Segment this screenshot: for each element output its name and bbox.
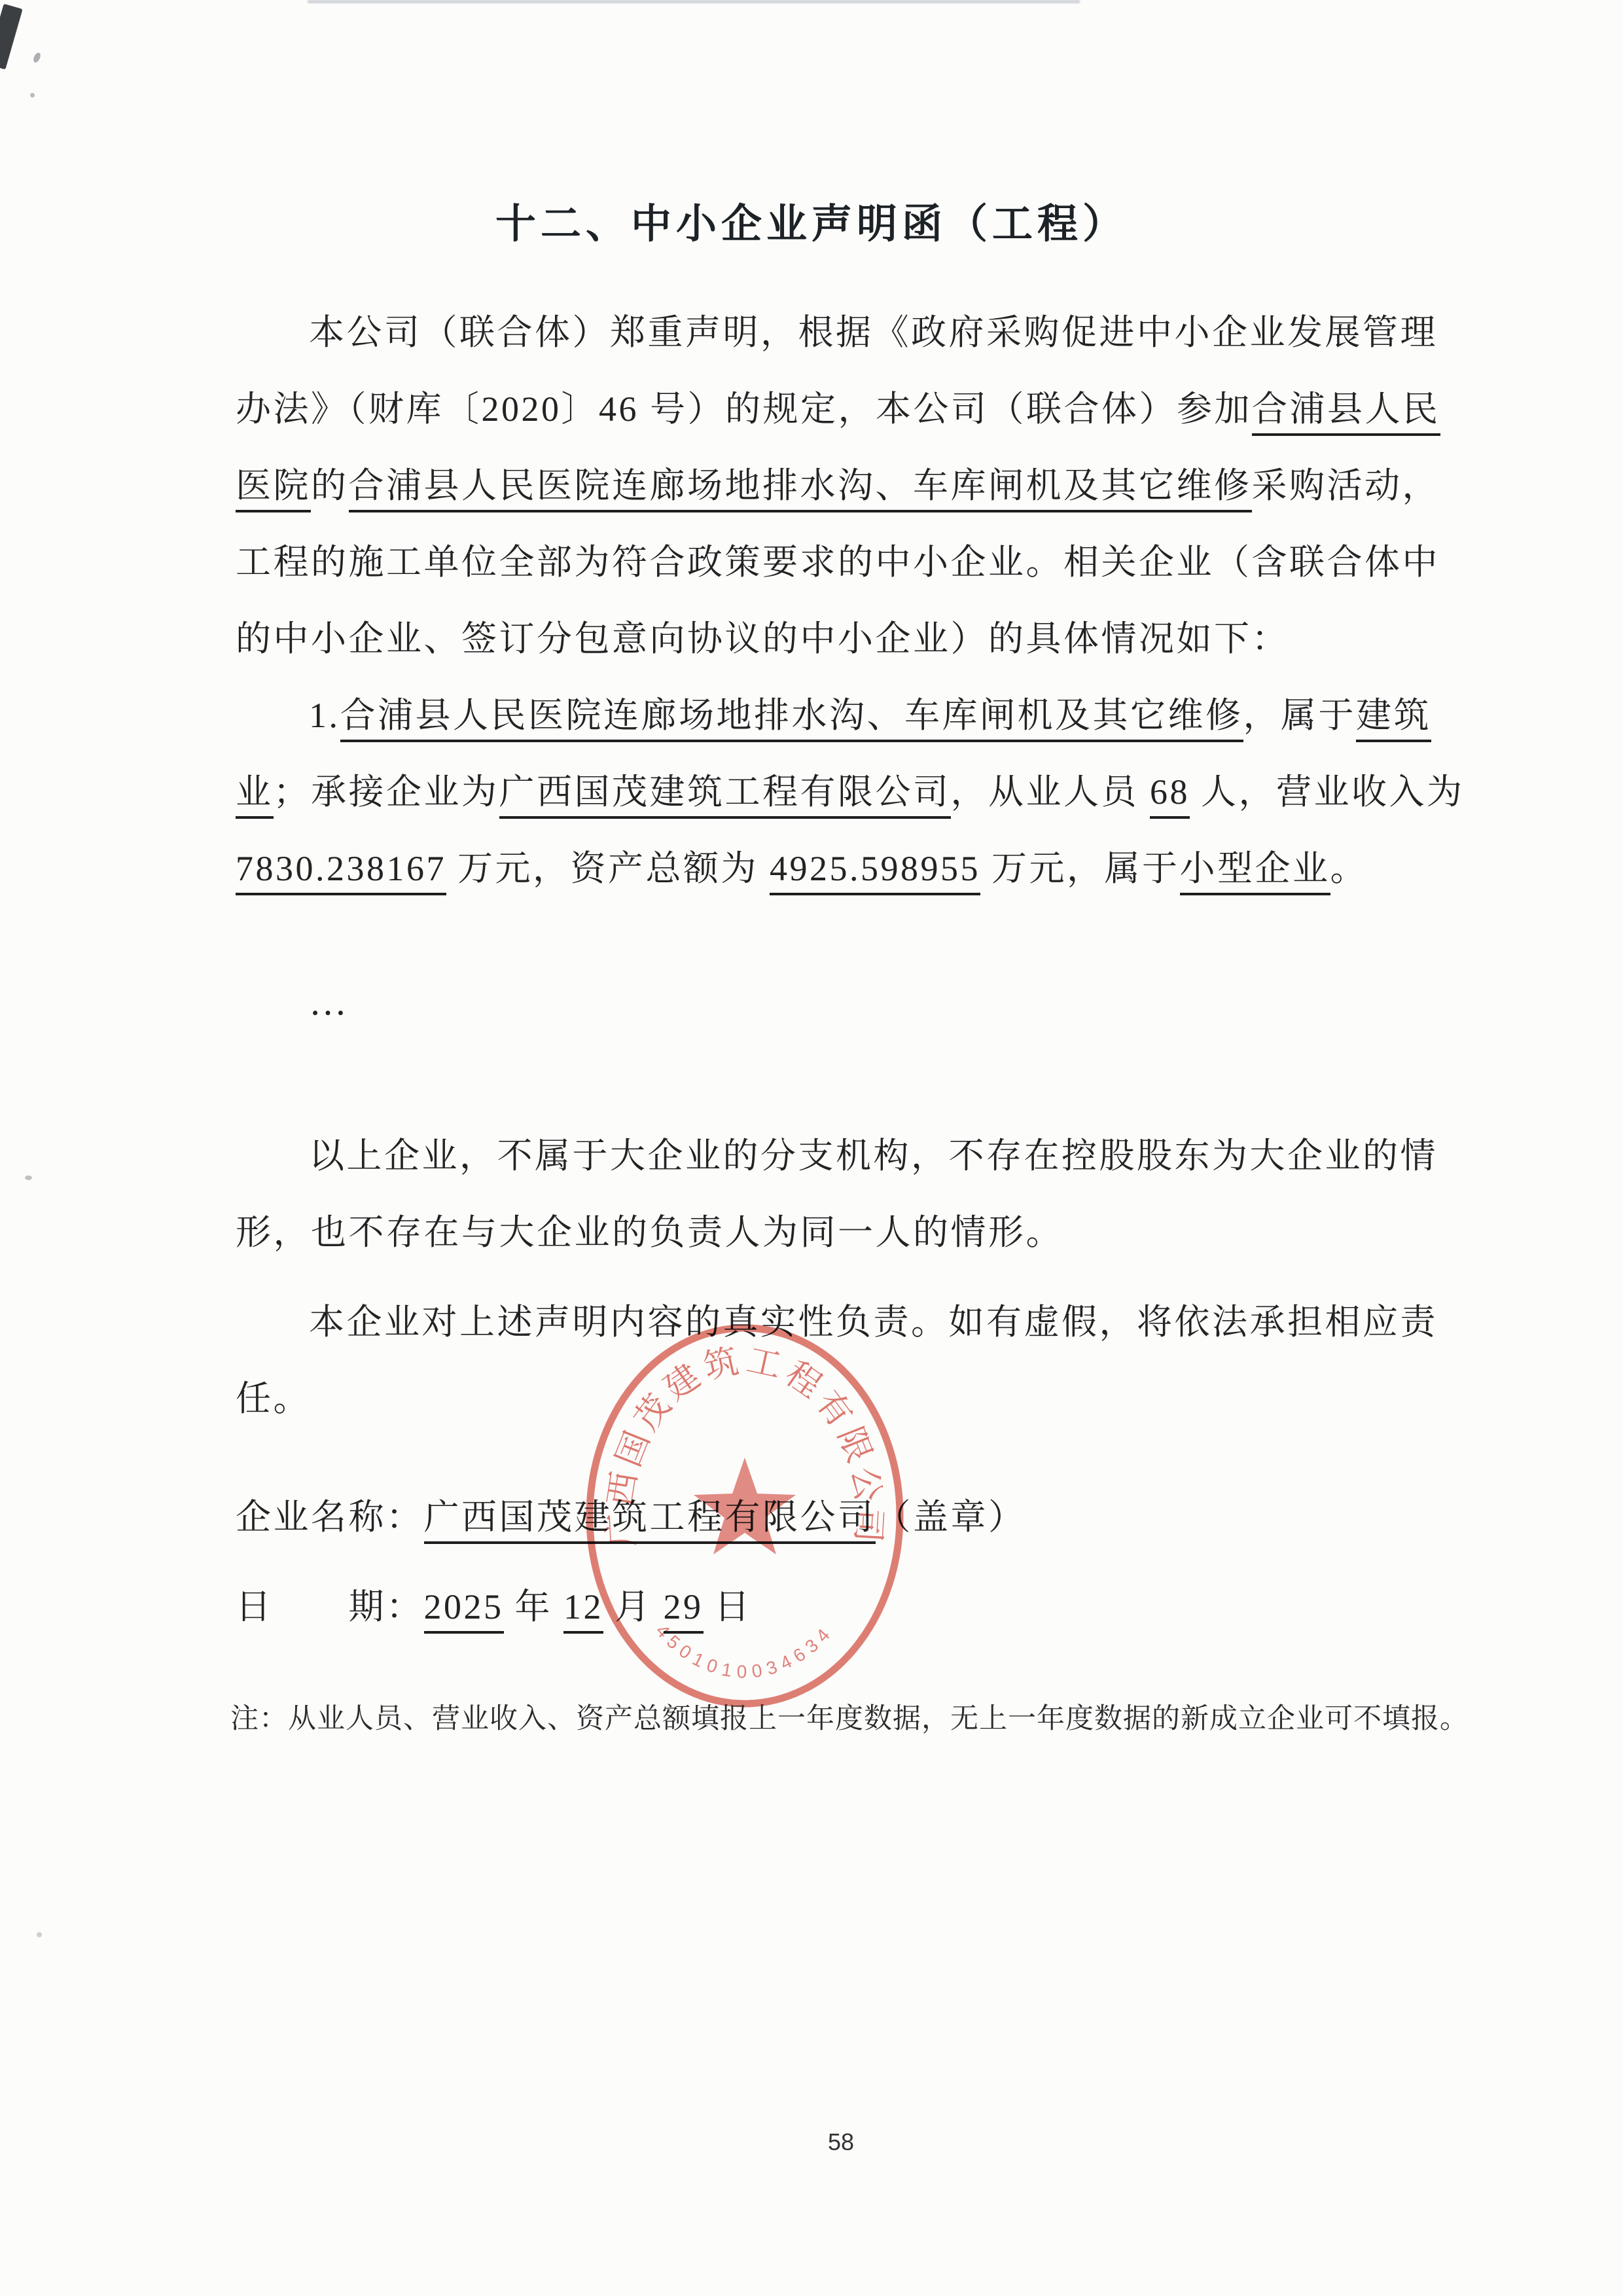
body-text: ；承接企业为 (274, 772, 499, 812)
footnote: 注：从业人员、营业收入、资产总额填报上一年度数据，无上一年度数据的新成立企业可不… (230, 1696, 1474, 1736)
body-text: ，属于 (1243, 696, 1357, 735)
body-text: 人，营业收入为 (1190, 772, 1465, 812)
body-text: 办法》（财库〔2020〕46 号）的规定，本公司（联合体）参加 (236, 389, 1252, 429)
body-line: 以上企业，不属于大企业的分支机构，不存在控股股东为大企业的情 (236, 1134, 1459, 1179)
scan-streak-artifact (308, 0, 1080, 3)
underlined-text: 合浦县人民医院连廊场地排水沟、车库闸机及其它维修 (349, 466, 1252, 512)
body-text: 采购活动， (1252, 466, 1440, 505)
underlined-text: 小型企业 (1180, 849, 1330, 895)
body-line: 医院的合浦县人民医院连廊场地排水沟、车库闸机及其它维修采购活动， (236, 464, 1459, 509)
seal-star-icon (694, 1458, 796, 1554)
scan-speck (25, 1175, 32, 1180)
body-line: 办法》（财库〔2020〕46 号）的规定，本公司（联合体）参加合浦县人民 (236, 387, 1459, 432)
body-text: 任。 (236, 1379, 311, 1418)
item-number: 1. (309, 696, 340, 735)
ellipsis-line: … (236, 978, 1459, 1026)
scan-corner-artifact (0, 4, 23, 70)
underlined-text: 68 (1150, 772, 1190, 819)
underlined-text: 业 (236, 772, 274, 819)
body-text: 形，也不存在与大企业的负责人为同一人的情形。 (236, 1213, 1063, 1252)
page-number: 58 (828, 2128, 854, 2156)
date-label: 日 期： (236, 1587, 424, 1626)
underlined-text: 广西国茂建筑工程有限公司 (499, 772, 951, 819)
scan-speck (32, 52, 42, 63)
page-title: 十二、中小企业声明函（工程） (0, 191, 1623, 249)
body-text: 万元，资产总额为 (446, 849, 770, 888)
body-text: 。 (1330, 849, 1368, 888)
body-text: 本公司（联合体）郑重声明，根据《政府采购促进中小企业发展管理 (309, 313, 1438, 352)
underlined-text: 合浦县人民 (1252, 389, 1440, 436)
body-line: 业；承接企业为广西国茂建筑工程有限公司，从业人员 68 人，营业收入为 (236, 770, 1459, 815)
body-line: 7830.238167 万元，资产总额为 4925.598955 万元，属于小型… (236, 847, 1459, 891)
body-text: ，从业人员 (951, 772, 1150, 812)
underlined-text: 7830.238167 (236, 849, 446, 895)
underlined-text: 医院 (236, 466, 311, 512)
underlined-text: 合浦县人民医院连廊场地排水沟、车库闸机及其它维修 (340, 696, 1243, 742)
date-year-unit: 年 (504, 1587, 564, 1626)
body-line: 本公司（联合体）郑重声明，根据《政府采购促进中小企业发展管理 (236, 311, 1459, 355)
seal-serial-number: 4501010034634 (652, 1621, 838, 1682)
svg-text:4501010034634: 4501010034634 (652, 1621, 838, 1682)
scan-speck (30, 93, 35, 98)
body-line: 工程的施工单位全部为符合政策要求的中小企业。相关企业（含联合体中 (236, 541, 1459, 585)
body-text: 以上企业，不属于大企业的分支机构，不存在控股股东为大企业的情 (309, 1136, 1438, 1175)
date-year: 2025 (424, 1587, 504, 1634)
body-text: 工程的施工单位全部为符合政策要求的中小企业。相关企业（含联合体中 (236, 543, 1440, 582)
body-line: 形，也不存在与大企业的负责人为同一人的情形。 (236, 1211, 1459, 1255)
company-seal-stamp: 广西国茂建筑工程有限公司 4501010034634 (581, 1319, 908, 1712)
body-text: 的 (311, 466, 349, 505)
scan-speck (37, 1932, 42, 1937)
underlined-text: 4925.598955 (770, 849, 980, 895)
ellipsis-text: … (309, 980, 351, 1023)
body-line: 1.合浦县人民医院连廊场地排水沟、车库闸机及其它维修，属于建筑 (236, 694, 1459, 738)
body-text: 的中小企业、签订分包意向协议的中小企业）的具体情况如下： (236, 619, 1289, 658)
body-text: 万元，属于 (980, 849, 1180, 888)
document-page: 十二、中小企业声明函（工程） 本公司（联合体）郑重声明，根据《政府采购促进中小企… (0, 0, 1623, 2296)
underlined-text: 建筑 (1356, 696, 1431, 742)
company-name-label: 企业名称： (236, 1498, 424, 1537)
body-line: 的中小企业、签订分包意向协议的中小企业）的具体情况如下： (236, 617, 1459, 662)
